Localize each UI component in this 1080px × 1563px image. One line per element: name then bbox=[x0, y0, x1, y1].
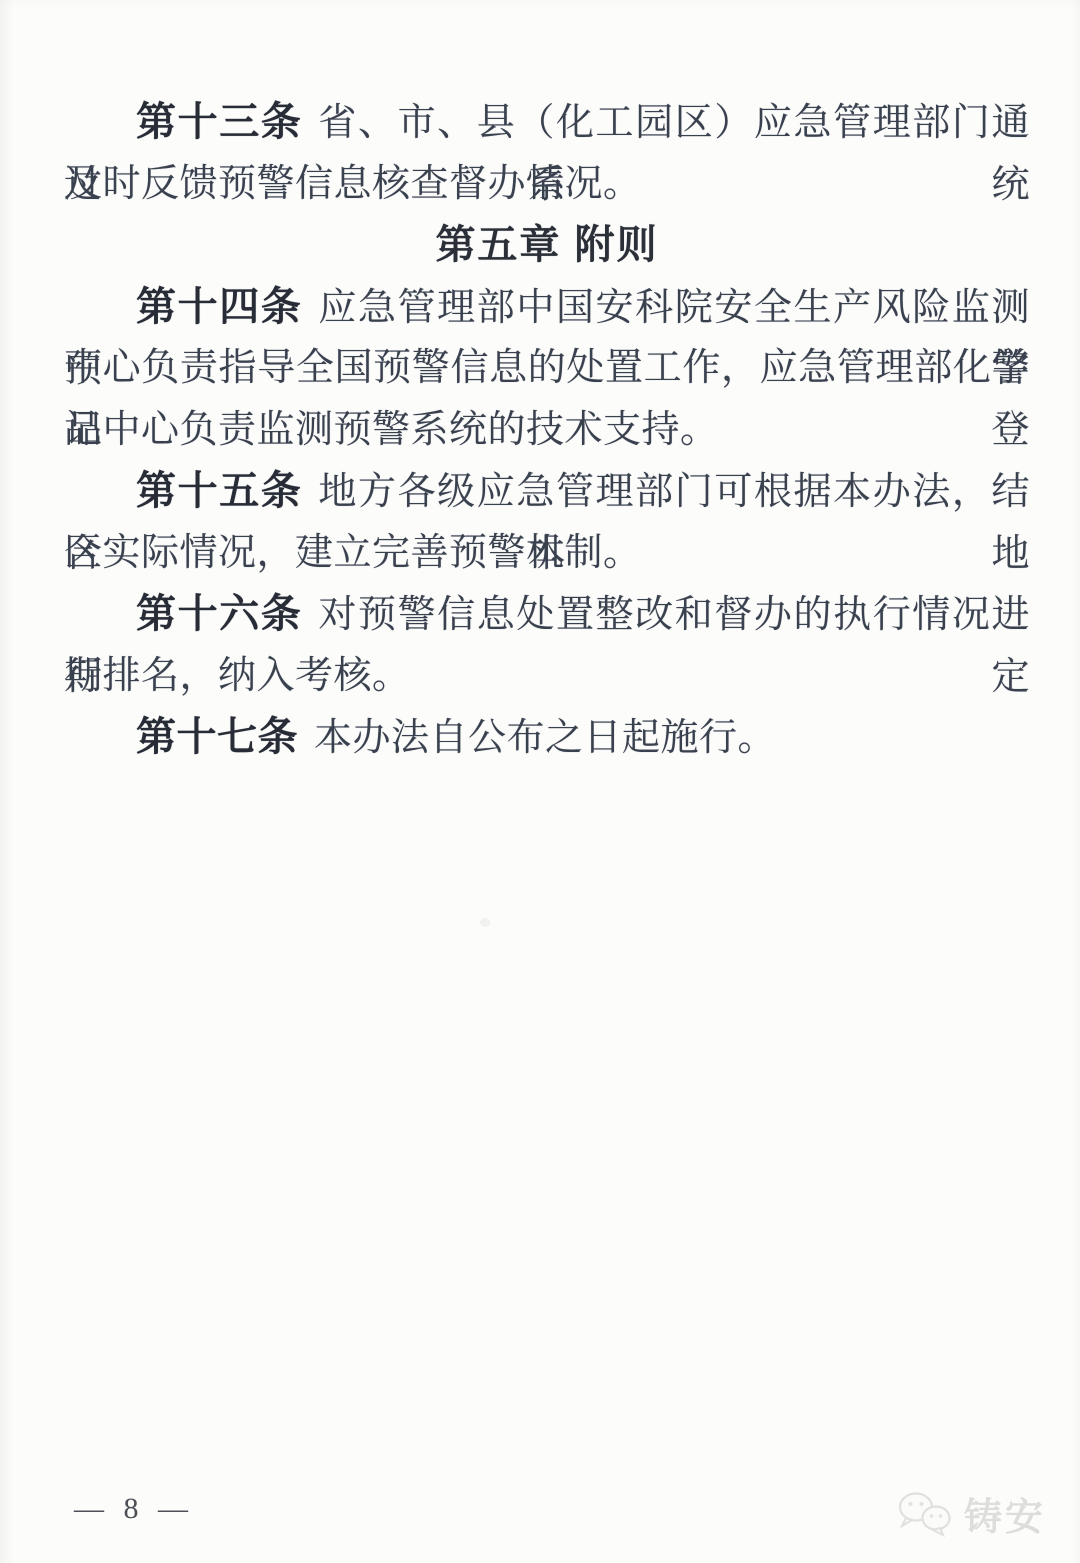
article-17-number: 第十七条 bbox=[136, 715, 298, 759]
article-16-text-cont: 期排名，纳入考核。 bbox=[64, 655, 411, 697]
line-article-15-start: 第十五条地方各级应急管理部门可根据本办法，结合本地 bbox=[64, 461, 1030, 523]
line-article-13-start: 第十三条省、市、县（化工园区）应急管理部门通过系统 bbox=[64, 92, 1030, 154]
article-17-text: 本办法自公布之日起施行。 bbox=[314, 717, 776, 759]
line-article-16-start: 第十六条对预警信息处置整改和督办的执行情况进行定 bbox=[64, 584, 1030, 646]
article-15-number: 第十五条 bbox=[136, 469, 302, 513]
line-article-14-start: 第十四条应急管理部中国安科院安全生产风险监测预警 bbox=[64, 277, 1030, 339]
article-14-number: 第十四条 bbox=[136, 285, 302, 329]
article-16-number: 第十六条 bbox=[136, 592, 302, 636]
line-article-17: 第十七条本办法自公布之日起施行。 bbox=[64, 707, 1030, 769]
article-13-number: 第十三条 bbox=[136, 100, 302, 144]
watermark-label: 铸安 bbox=[964, 1486, 1046, 1541]
article-14-text-cont-2: 记中心负责监测预警系统的技术支持。 bbox=[64, 409, 719, 451]
line-article-14-cont-1: 中心负责指导全国预警信息的处置工作，应急管理部化学品登 bbox=[64, 338, 1030, 400]
scan-artifact-speck bbox=[480, 918, 490, 927]
article-13-text-cont: 及时反馈预警信息核查督办情况。 bbox=[64, 163, 642, 205]
article-15-text-cont: 区实际情况，建立完善预警机制。 bbox=[64, 532, 642, 574]
wechat-icon bbox=[896, 1490, 954, 1538]
document-body: 第十三条省、市、县（化工园区）应急管理部门通过系统 及时反馈预警信息核查督办情况… bbox=[64, 92, 1030, 769]
chapter-5-heading: 第五章 附则 bbox=[64, 215, 1030, 277]
page-number: — 8 — bbox=[74, 1492, 194, 1526]
watermark: 铸安 bbox=[896, 1486, 1046, 1541]
